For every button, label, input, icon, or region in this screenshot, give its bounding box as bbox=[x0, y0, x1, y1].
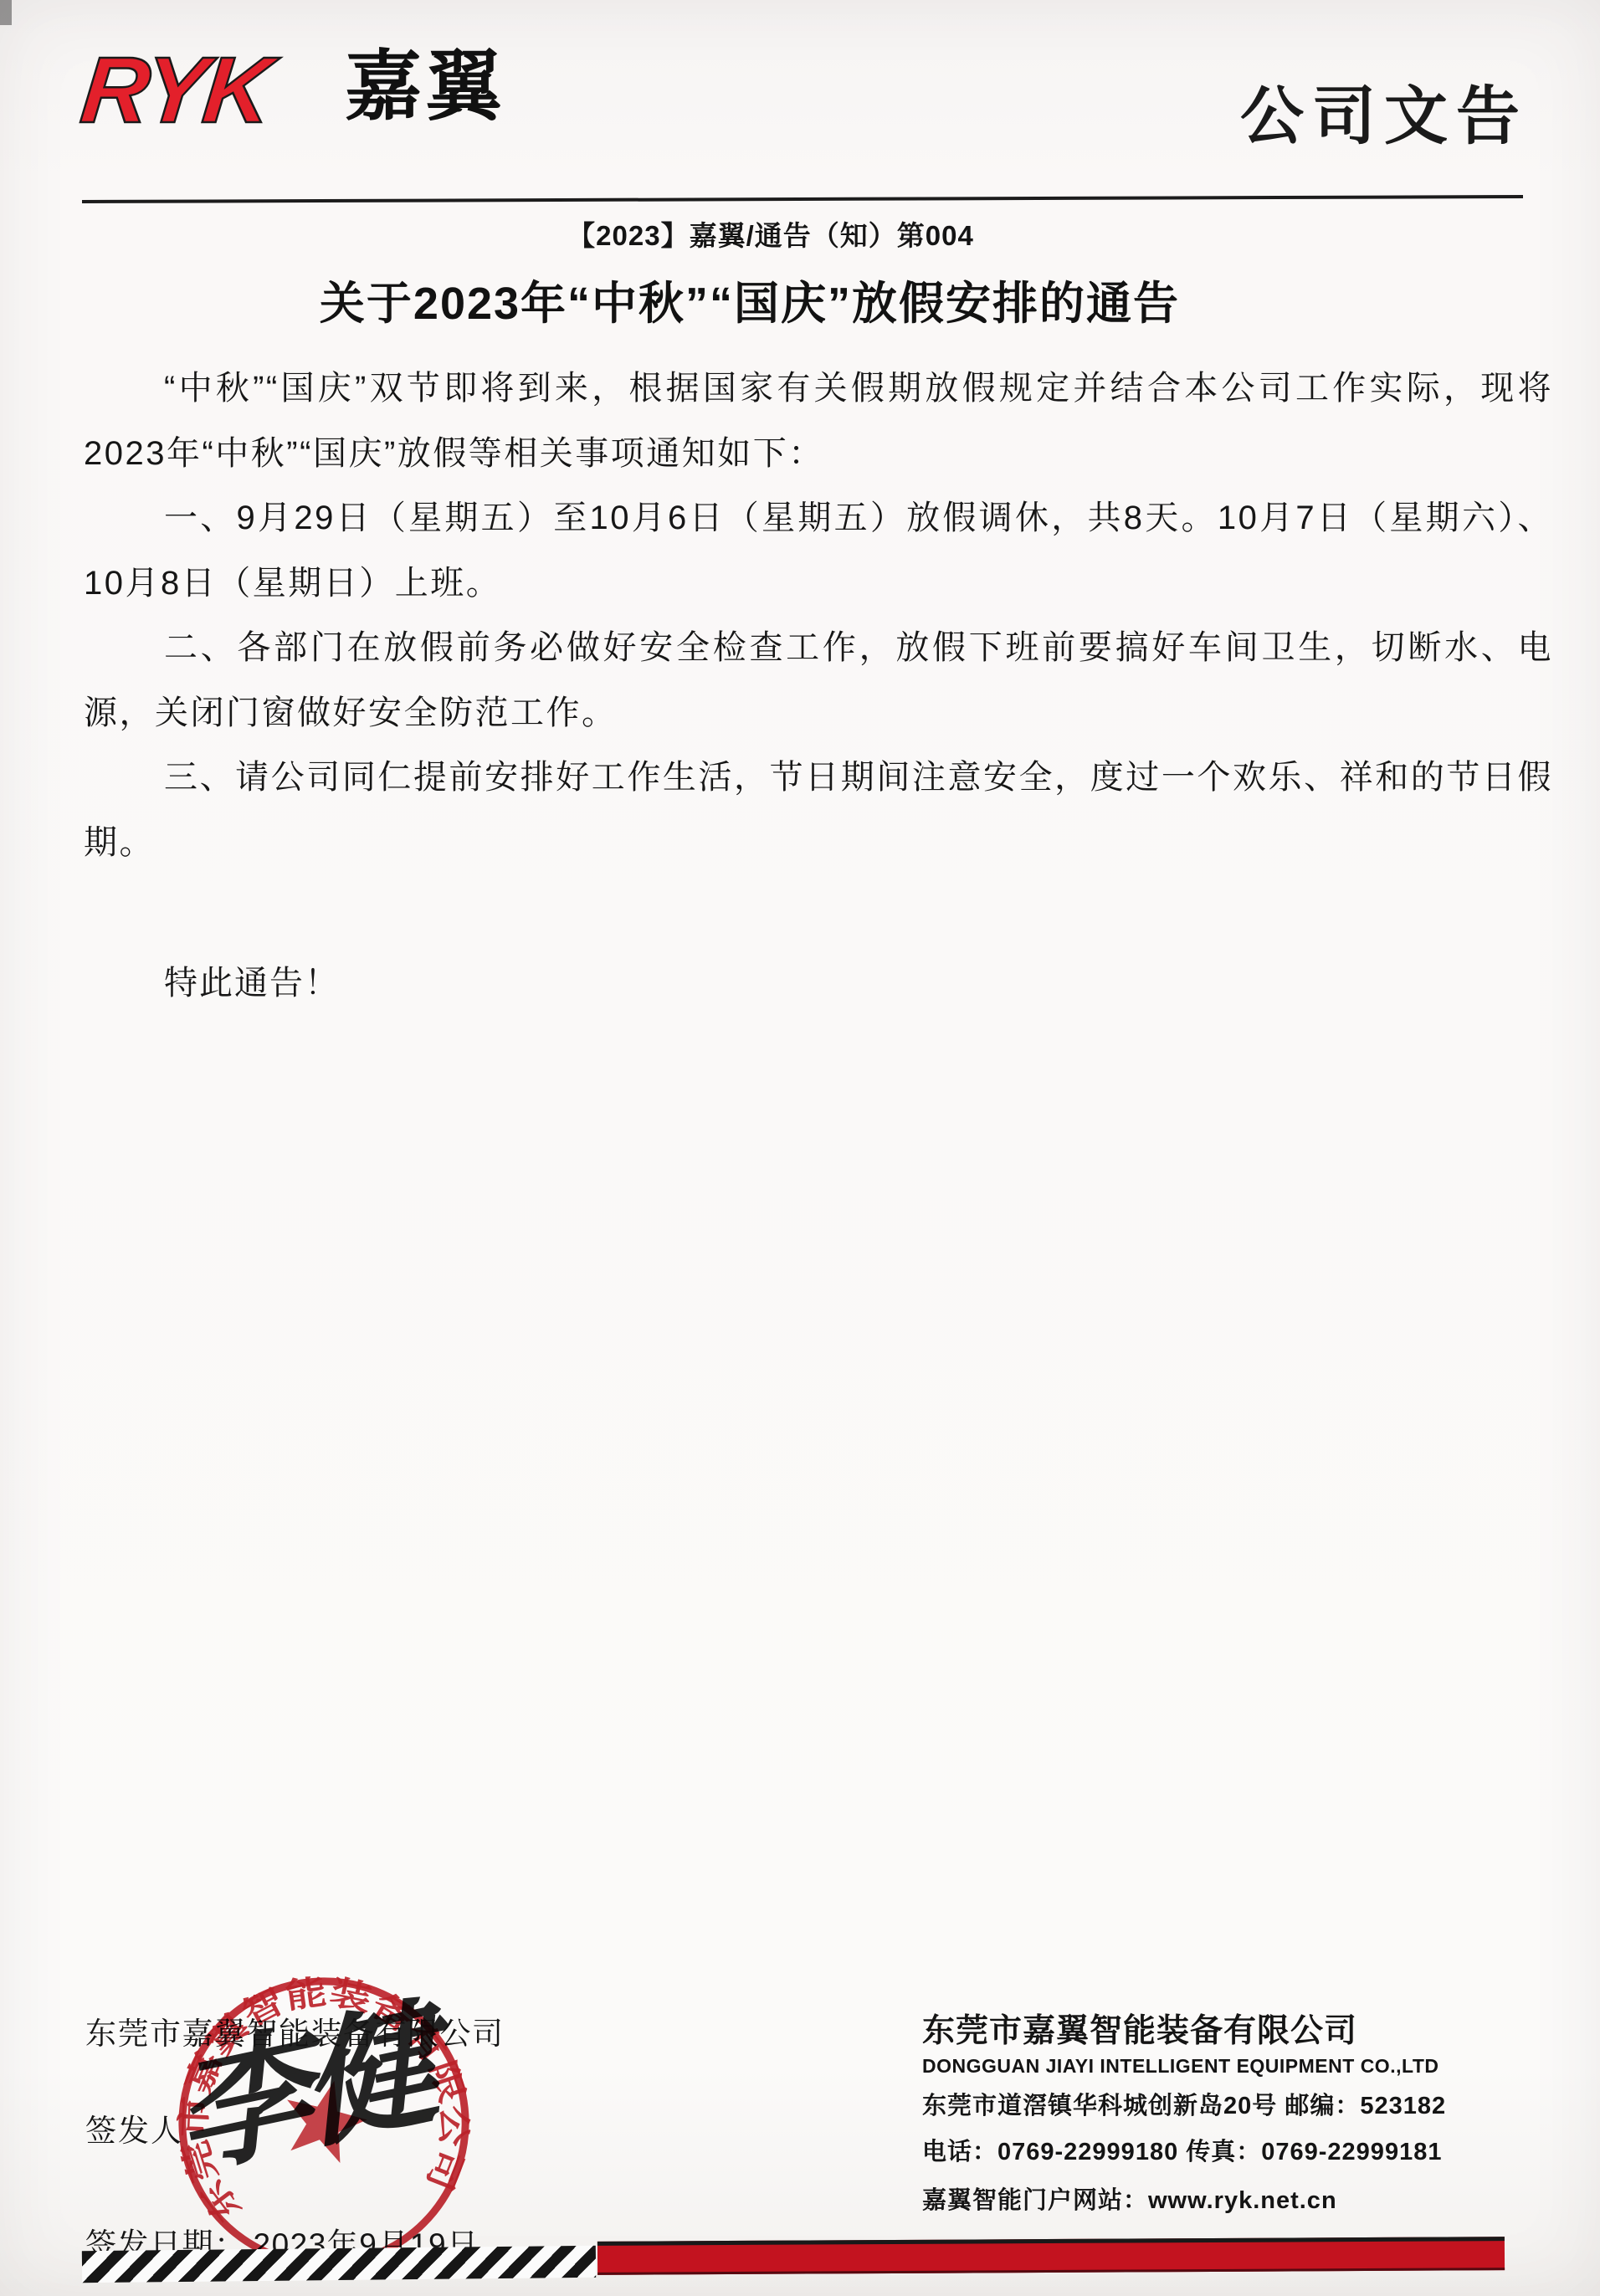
red-bar-decoration bbox=[597, 2237, 1505, 2275]
contact-address: 东莞市道滘镇华科城创新岛20号 邮编：523182 bbox=[922, 2087, 1446, 2121]
company-logo-jiayi: 嘉翼 bbox=[345, 49, 505, 126]
contact-phone-fax: 电话：0769-22999180 传真：0769-22999181 bbox=[922, 2133, 1442, 2167]
paragraph-item-1: 一、9月29日（星期五）至10月6日（星期五）放假调休，共8天。10月7日（星期… bbox=[84, 486, 1553, 616]
document-number: 【2023】嘉翼/通告（知）第004 bbox=[0, 214, 1571, 254]
scan-corner-artifact bbox=[0, 0, 12, 25]
svg-text:东莞市嘉翼智能装备有限公司: 东莞市嘉翼智能装备有限公司 bbox=[158, 1958, 483, 2232]
paragraph-item-2: 二、各部门在放假前务必做好安全检查工作，放假下班前要搞好车间卫生，切断水、电源，… bbox=[84, 616, 1553, 746]
company-seal-stamp: 东莞市嘉翼智能装备有限公司 bbox=[150, 1949, 497, 2296]
notice-title: 关于2023年“中秋”“国庆”放假安排的通告 bbox=[0, 268, 1550, 332]
seal-arc-text: 东莞市嘉翼智能装备有限公司 bbox=[158, 1958, 483, 2232]
document-type-heading: 公司文告 bbox=[1240, 85, 1528, 149]
hazard-stripes-decoration bbox=[82, 2246, 596, 2283]
header-divider-line bbox=[82, 195, 1523, 203]
contact-company-en: DONGGUAN JIAYI INTELLIGENT EQUIPMENT CO.… bbox=[922, 2055, 1438, 2078]
paragraph-item-3: 三、请公司同仁提前安排好工作生活，节日期间注意安全，度过一个欢乐、祥和的节日假期… bbox=[84, 746, 1553, 875]
contact-website: 嘉翼智能门户网站：www.ryk.net.cn bbox=[922, 2181, 1337, 2216]
contact-company-cn: 东莞市嘉翼智能装备有限公司 bbox=[922, 2005, 1357, 2052]
closing-statement: 特此通告！ bbox=[164, 956, 340, 1004]
notice-body: “中秋”“国庆”双节即将到来，根据国家有关假期放假规定并结合本公司工作实际，现将… bbox=[84, 356, 1553, 875]
company-logo-ryk: RYK bbox=[77, 44, 273, 137]
notice-document-page: RYK 嘉翼 公司文告 【2023】嘉翼/通告（知）第004 关于2023年“中… bbox=[0, 0, 1600, 2296]
paragraph-intro: “中秋”“国庆”双节即将到来，根据国家有关假期放假规定并结合本公司工作实际，现将… bbox=[84, 356, 1553, 486]
seal-star-icon bbox=[275, 2071, 374, 2167]
